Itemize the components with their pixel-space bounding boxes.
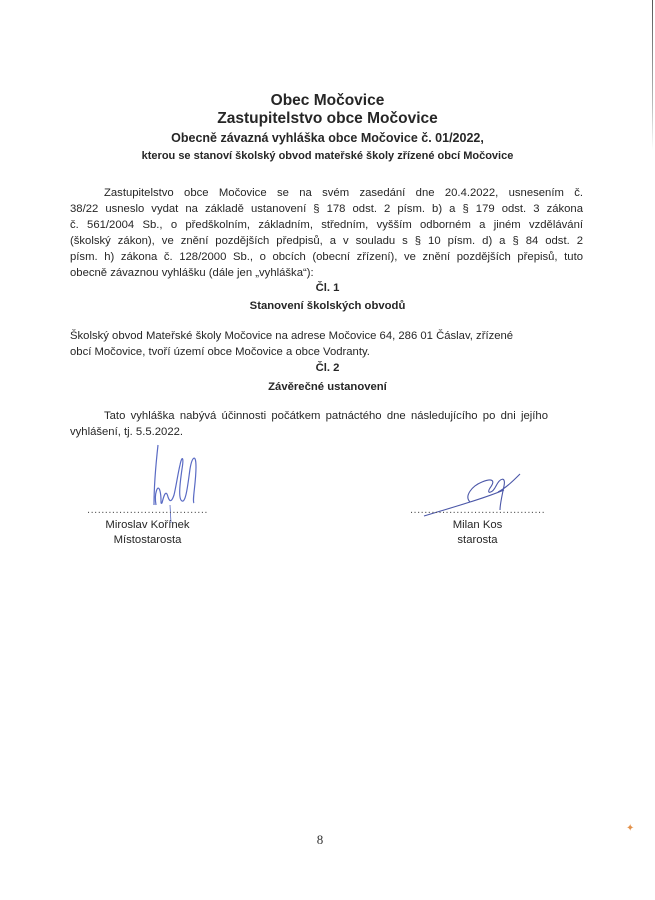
signature-block-deputy-mayor: .................................. Miros… [60, 503, 235, 548]
signature-block-mayor: ...................................... M… [410, 503, 545, 548]
signatory-name: Miroslav Kořínek [60, 518, 235, 533]
article-1-line: obcí Močovice, tvoří území obce Močovice… [70, 344, 550, 360]
decree-subtitle: kterou se stanoví školský obvod mateřské… [0, 150, 655, 162]
page-number: 8 [0, 832, 640, 848]
municipality-name: Obec Močovice [0, 92, 655, 110]
article-2-line: Tato vyhláška nabývá účinnosti počátkem … [70, 408, 548, 424]
decree-title: Obecně závazná vyhláška obce Močovice č.… [0, 131, 655, 145]
article-2-number: Čl. 2 [0, 362, 655, 374]
article-1-body: Školský obvod Mateřské školy Močovice na… [70, 328, 550, 360]
article-2-title: Závěrečné ustanovení [0, 381, 655, 393]
intro-line: obecně závaznou vyhlášku (dále jen „vyhl… [70, 265, 583, 281]
signatory-role: Místostarosta [60, 533, 235, 548]
intro-line: Zastupitelstvo obce Močovice se na svém … [70, 185, 583, 201]
signature-line: ...................................... [410, 503, 545, 518]
article-1-title: Stanovení školských obvodů [0, 300, 655, 312]
council-name: Zastupitelstvo obce Močovice [0, 110, 655, 128]
signature-line: .................................. [60, 503, 235, 518]
intro-paragraph: Zastupitelstvo obce Močovice se na svém … [70, 185, 583, 282]
intro-line: 38/22 usneslo vydat na základě ustanoven… [70, 201, 583, 217]
scan-artifact-mark: ✦ [626, 823, 634, 834]
signatory-name: Milan Kos [410, 518, 545, 533]
intro-line: písm. h) zákona č. 128/2000 Sb., o obcíc… [70, 249, 583, 265]
article-2-line: vyhlášení, tj. 5.5.2022. [70, 424, 548, 440]
article-2-body: Tato vyhláška nabývá účinnosti počátkem … [70, 408, 548, 440]
signatory-role: starosta [410, 533, 545, 548]
article-1-line: Školský obvod Mateřské školy Močovice na… [70, 328, 550, 344]
intro-line: č. 561/2004 Sb., o předškolním, základní… [70, 217, 583, 233]
intro-line: (školský zákon), ve znění pozdějších pře… [70, 233, 583, 249]
article-1-number: Čl. 1 [0, 282, 655, 294]
